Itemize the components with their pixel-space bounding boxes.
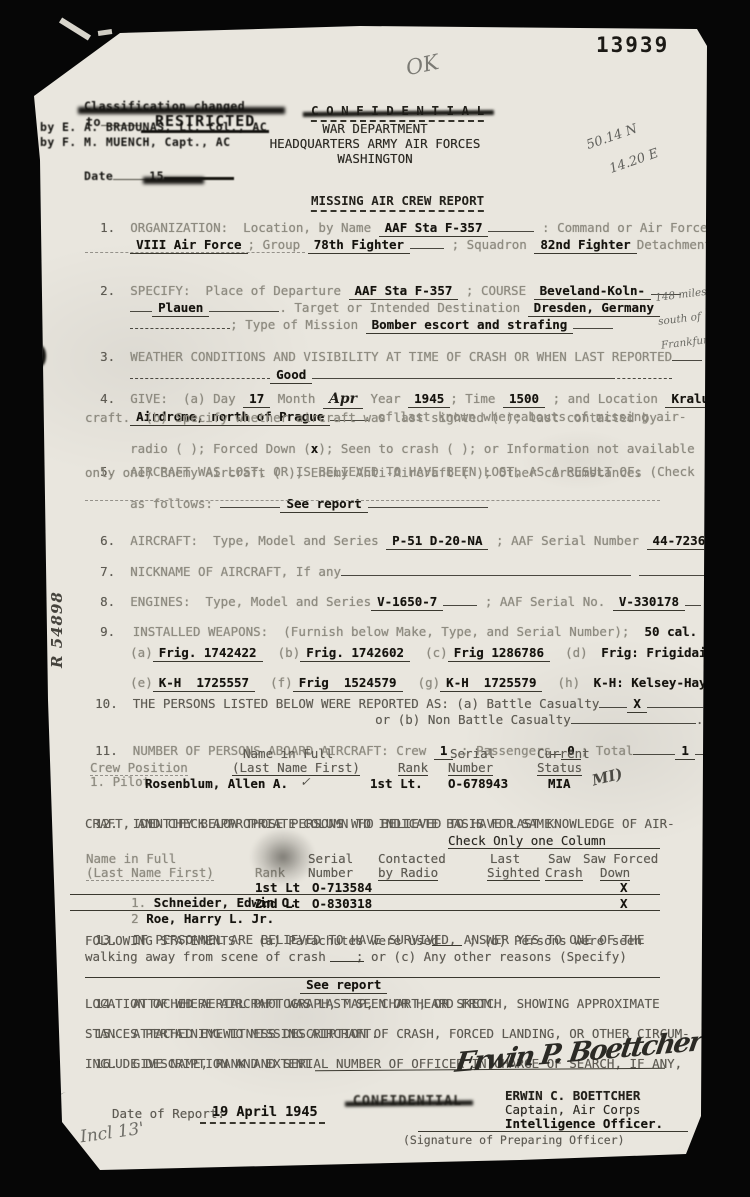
date-rule [200, 1122, 325, 1124]
squadron-value: 82nd Fighter [534, 237, 636, 254]
torn-paper-sliver [98, 29, 113, 36]
witness-row-2-serial: O-830318 [312, 896, 372, 911]
blank-underline [672, 349, 702, 361]
check-only-one-column: Check Only one Column [448, 833, 606, 848]
slot-b-label: (b) [278, 645, 301, 660]
witness-header-radio-top: Contacted [378, 851, 446, 866]
stamp-date-value: 15 [149, 169, 164, 184]
crew-table-header-serial-top: Serial [450, 746, 495, 761]
blank-underline [410, 237, 444, 249]
slot-a-label: (a) [130, 645, 153, 660]
non-battle-label: or (b) Non Battle Casualty [375, 712, 571, 727]
engines-label: ENGINES: Type, Model and Series [130, 594, 371, 609]
ruled-line [448, 848, 660, 849]
witness-header-sighted-top: Last [490, 851, 520, 866]
item-15-line-2: STANCES PERTAINING TO MISSING AIRCRAFT. [85, 1026, 379, 1041]
witness-header-forced-top: Saw Forced [583, 851, 658, 866]
witness-header-forced-bot: Down [600, 865, 630, 881]
engine-serial-label: ; AAF Serial No. [485, 594, 605, 609]
blank-underline [685, 594, 701, 606]
crew-table-header-rank: Rank [398, 760, 428, 776]
item-number: 6. [100, 533, 115, 548]
slot-d-label: (d) [565, 645, 588, 660]
item-14-line-2: LOCATION OF WHERE AIRCRAFT WAS LAST SEEN… [85, 996, 499, 1011]
ruled-line [85, 252, 305, 253]
blank-underline [130, 317, 230, 329]
ruled-line [85, 977, 660, 978]
total-count: 1 [675, 743, 695, 760]
blank-underline [573, 317, 613, 329]
blank-underline [639, 564, 714, 576]
witness-header-serial-bot: Number [308, 865, 353, 880]
item-number: 11. [95, 743, 118, 758]
group-label: ; Group [248, 237, 301, 252]
signature-caption: (Signature of Preparing Officer) [403, 1133, 625, 1148]
blank-underline [368, 496, 488, 508]
edge-smudge [30, 636, 44, 662]
blank-underline [695, 743, 711, 755]
confidential-struck-text: CONFIDENTIAL [353, 1094, 463, 1109]
blank-underline [220, 496, 280, 508]
item-number: 7. [100, 564, 115, 579]
period: . [696, 712, 704, 727]
confidential-footer-stamp: CONFIDENTIAL [298, 1079, 462, 1124]
item-12-line-2: CRAFT, AND CHECK APPROPRIATE COLUMN TO I… [85, 816, 559, 831]
stamp-by-line-2: by F. M. MUENCH, Capt., AC [40, 135, 230, 150]
stain [520, 430, 640, 490]
aircraft-model-value: P-51 D-20-NA [386, 533, 488, 550]
date-of-report-value: 19 April 1945 [212, 1105, 318, 1120]
crew-table-header-name: (Last Name First) [232, 760, 360, 776]
blank-underline [443, 594, 477, 606]
see-report-value: See report [280, 496, 367, 513]
witness-row-1-rank: 1st Lt [255, 880, 300, 895]
edge-smudge [38, 898, 47, 913]
aircraft-label: AIRCRAFT: Type, Model and Series [130, 533, 378, 548]
war-department: WAR DEPARTMENT [322, 121, 427, 136]
witness-row-1-serial: O-713584 [312, 880, 372, 895]
officer-title-typed: Intelligence Officer. [505, 1116, 663, 1132]
paper-sheet: 13939 Classification changed toRESTRICTE… [0, 0, 750, 1197]
witness-row-2-rank: 2nd Lt [255, 896, 300, 911]
torn-paper-sliver [59, 17, 91, 40]
coordinate-lon: 14.20 E [608, 146, 661, 177]
row-rule [70, 910, 660, 911]
stamp-by-line-1: by E. A. BRADUNAS, Lt. Col., AC [40, 120, 267, 135]
stamp-date-line: Date15 [40, 151, 234, 199]
crew-row-status: MIA [548, 776, 571, 791]
witness-header-crash-bot: Crash [545, 865, 583, 881]
document-number: 13939 [596, 38, 669, 53]
slot-d-value: Frig: Frigidaire [595, 645, 727, 661]
squadron-label: ; Squadron [452, 237, 527, 252]
row-rule [70, 894, 660, 895]
witness-header-radio-bot: by Radio [378, 865, 438, 881]
crew-row-position: 1. Pilot [90, 774, 150, 789]
date-of-report-label: Date of Report: [112, 1106, 225, 1121]
mission-label: ; Type of Mission [230, 317, 358, 332]
headquarters-line: HEADQUARTERS ARMY AIR FORCES [270, 136, 481, 151]
ok-annotation: OK [405, 55, 440, 77]
item-13-line-2: FOLLOWING STATEMENTS: (a) Parachutes wer… [85, 933, 642, 948]
crew-table-header-serial: Number [448, 760, 493, 776]
detachment-label: Detachment [637, 237, 712, 252]
crew-table-header-status-top: Current [537, 746, 590, 761]
crew-row-name: Rosenblum, Allen A. [145, 776, 288, 791]
blank-underline [571, 712, 696, 724]
ruled-line [85, 500, 660, 501]
item-16-line-2: INCLUDE DESCRIPTION AND EXTENT [85, 1056, 311, 1071]
period: . [714, 564, 722, 579]
blank-used [432, 945, 462, 946]
nickname-label: NICKNAME OF AIRCRAFT, If any [130, 564, 341, 579]
ink-stamp-smudge [250, 828, 316, 886]
check-mark: ✓ [719, 533, 729, 548]
blank-underline [633, 743, 675, 755]
item-1-line-2: VIII Air Force; Group 78th Fighter ; Squ… [85, 222, 712, 267]
confidential-struck-text: C O N F I D E N T I A L [311, 103, 484, 122]
margin-note-line: south of [657, 311, 701, 328]
witness-header-crash-top: Saw [548, 851, 571, 866]
scanned-document: 13939 Classification changed toRESTRICTE… [0, 0, 750, 1197]
aircraft-serial-value: 44-72367 [647, 533, 719, 550]
crew-row-rank: 1st Lt. [370, 776, 423, 791]
slot-c-label: (c) [425, 645, 448, 660]
period: . [709, 594, 717, 609]
group-value: 78th Fighter [308, 237, 410, 254]
margin-note-line: 148 miles [654, 286, 707, 304]
blank-underline [341, 564, 631, 576]
crew-table-header-status: Status [537, 760, 582, 776]
crew-row-serial: O-678943 [448, 776, 508, 791]
name-check-mark: ✓ [300, 774, 310, 789]
witness-header-name-bot: (Last Name First) [86, 865, 214, 881]
mission-value: Bomber escort and strafing [366, 317, 574, 334]
witness-header-name-top: Name in Full [86, 851, 176, 866]
stamp-date-label: Date [84, 169, 113, 183]
witness-header-sighted-bot: Sighted [487, 865, 540, 881]
witness-row-1-forced-x: X [620, 880, 628, 895]
item-4-line-3: craft. (b) Specify whether aircraft was … [85, 410, 657, 425]
item-number: 8. [100, 594, 115, 609]
coordinates-annotation: 50.14 N 14.20 E [556, 103, 665, 203]
officer-rank-typed: Captain, Air Corps [505, 1102, 640, 1117]
pen-mark-curve [42, 1090, 78, 1152]
coordinate-lat: 50.14 N [585, 122, 640, 153]
item-number: 10. [95, 696, 118, 711]
officer-name-typed: ERWIN C. BOETTCHER [505, 1088, 640, 1103]
witness-row-2-forced-x: X [620, 896, 628, 911]
signature-rule [418, 1131, 688, 1132]
status-handwritten-mark: MI) [591, 767, 624, 789]
serial-label: ; AAF Serial Number [496, 533, 639, 548]
period: . [718, 743, 726, 758]
crew-table-header-name-top: Name in Full [243, 746, 333, 761]
as-follows-label: as follows: [130, 496, 213, 511]
edge-smudge [34, 345, 46, 367]
registry-number-vertical: R 54898 [50, 591, 65, 668]
incl-note: Incl 13' [79, 1122, 145, 1146]
washington-line: WASHINGTON [337, 151, 412, 166]
